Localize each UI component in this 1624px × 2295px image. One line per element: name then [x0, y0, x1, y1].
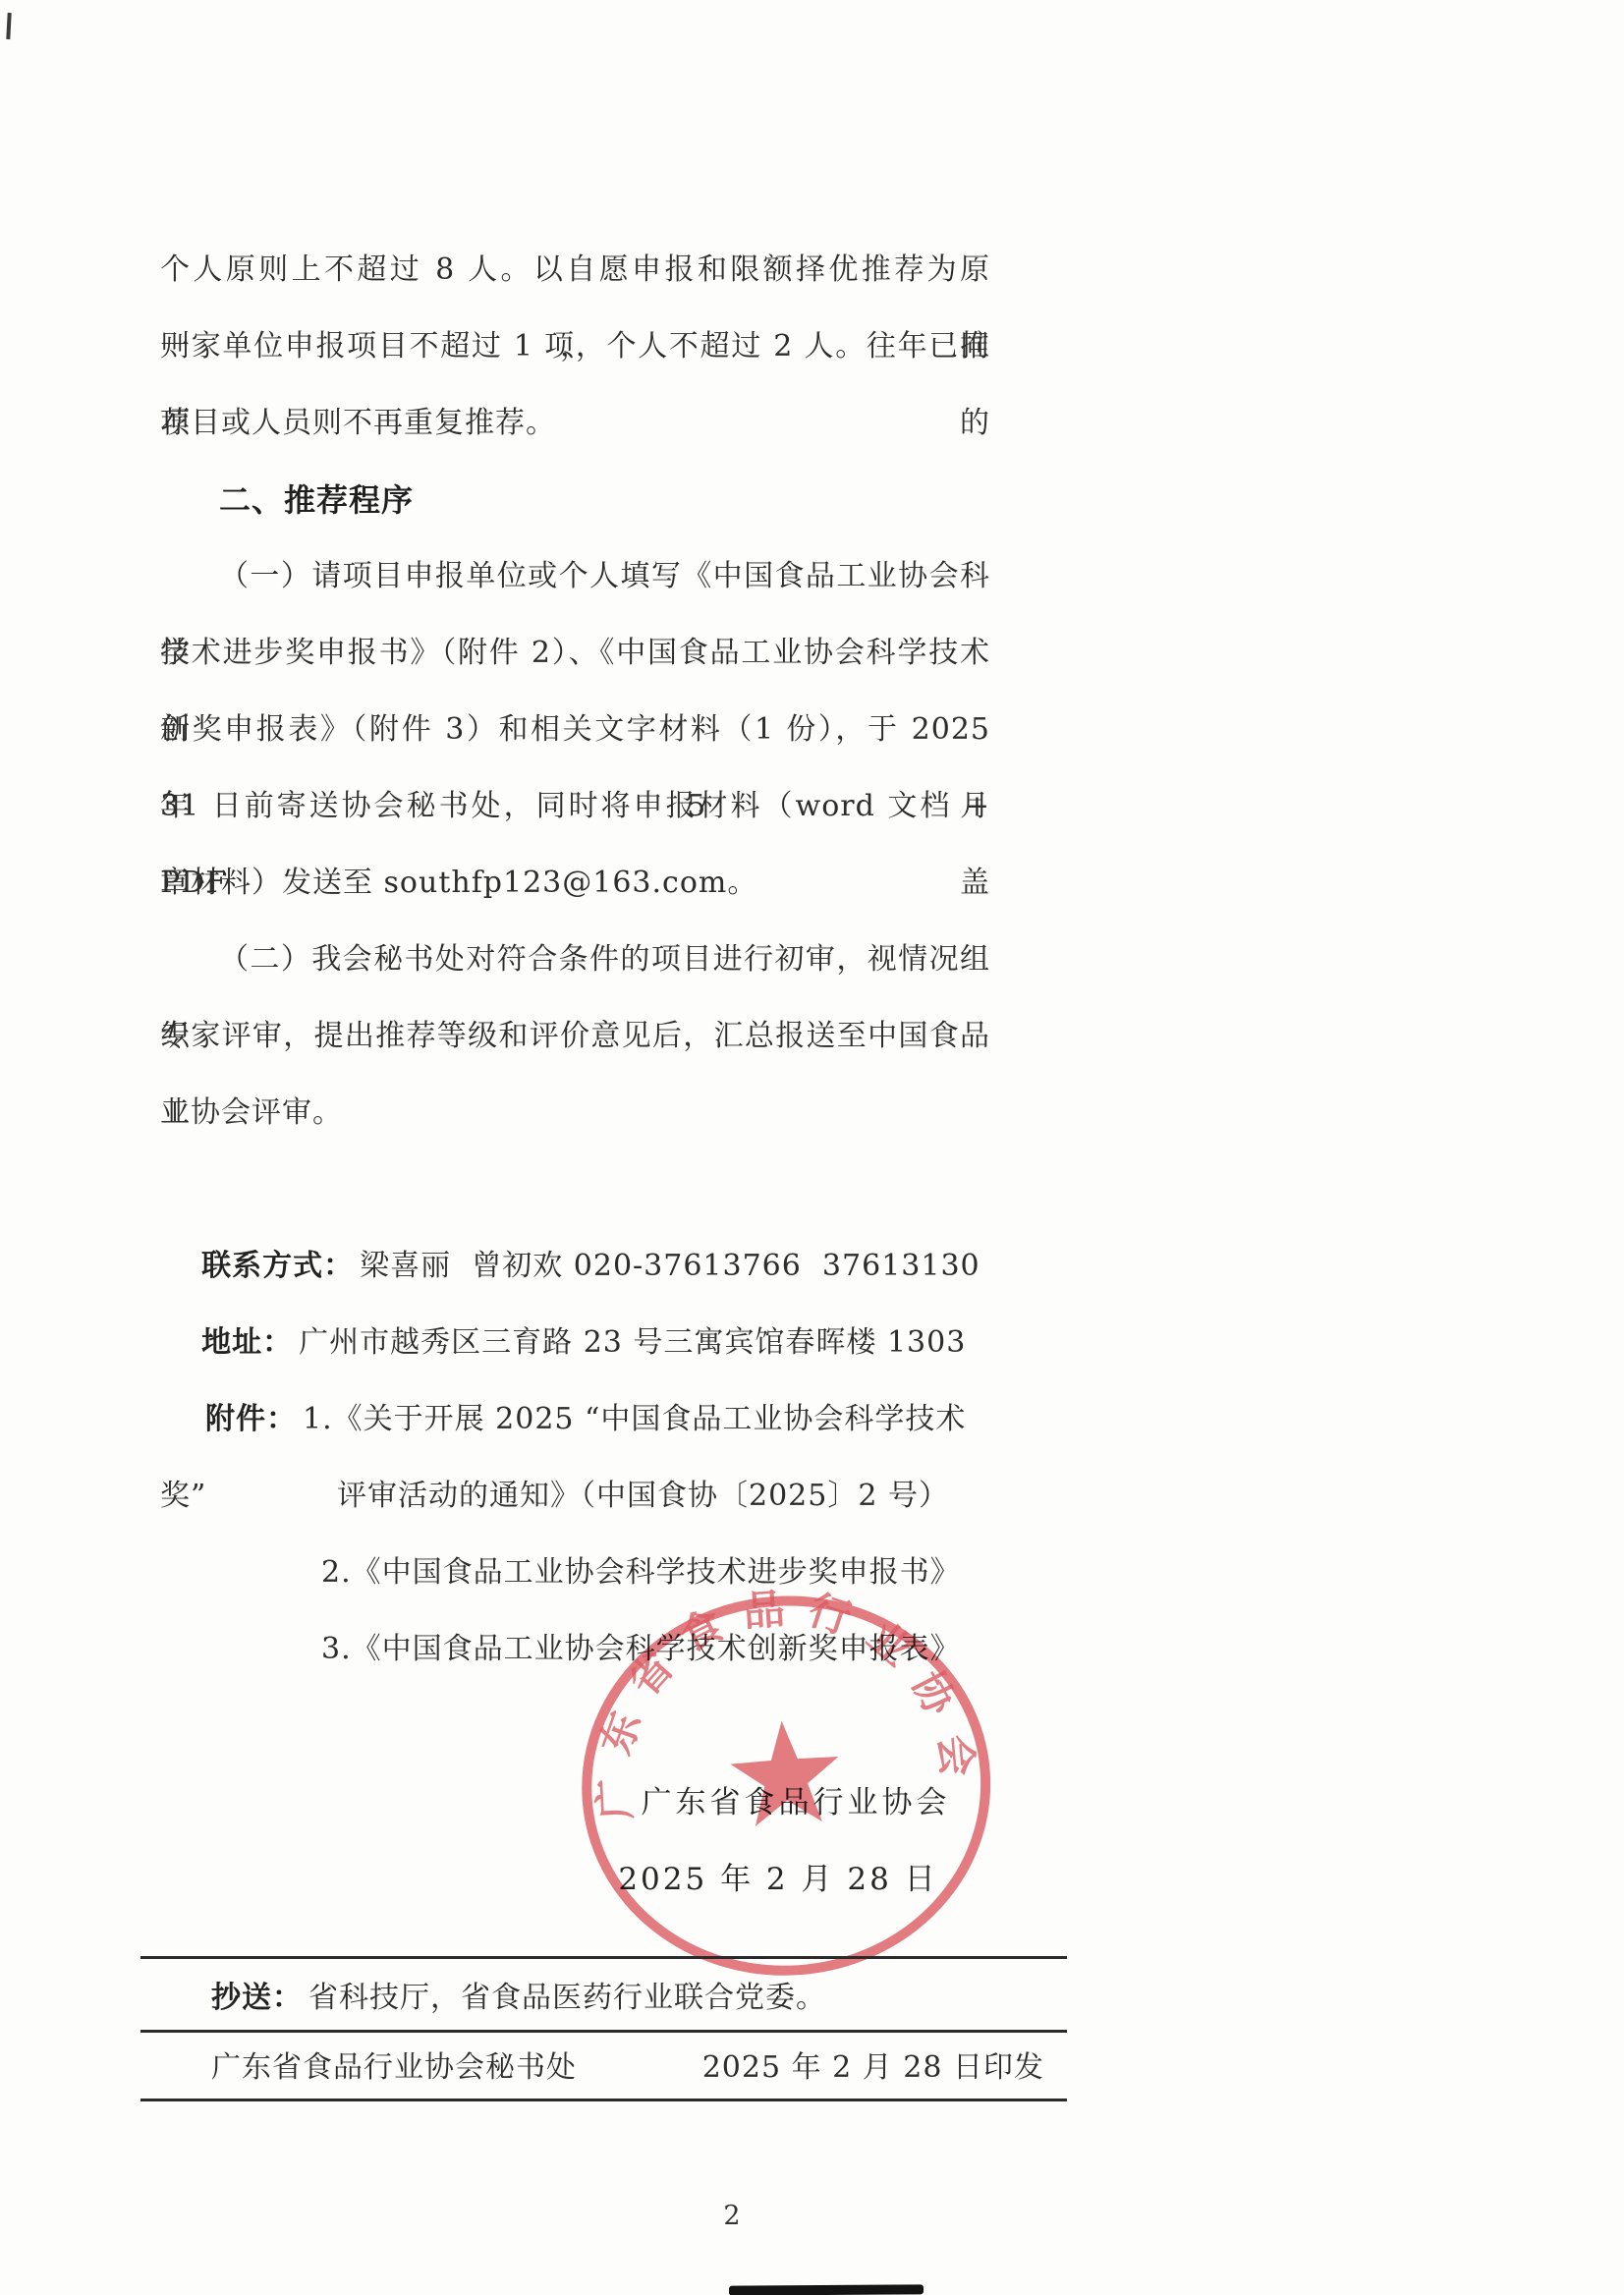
address-label: 地址：: [201, 1326, 293, 1359]
page-number: 2: [693, 2201, 771, 2231]
footer-issuer: 广东省食品行业协会秘书处: [211, 2043, 577, 2093]
signature-date: 2025 年 2 月 28 日: [385, 1841, 1171, 1918]
section-heading: 二、推荐程序: [160, 462, 990, 538]
footer-issuer-row: 广东省食品行业协会秘书处 2025 年 2 月 28 日印发: [211, 2043, 1044, 2093]
footer-cc-value: 省科技厅，省食品医药行业联合党委。: [308, 1981, 826, 2015]
body-line: 业协会评审。: [160, 1075, 990, 1151]
attachment-item: 2.《中国食品工业协会科学技术进步奖申报书》: [160, 1535, 990, 1611]
footer-cc-label: 抄送：: [211, 1982, 303, 2014]
footer-rule-bottom: [140, 2099, 1067, 2101]
signature-org: 广东省食品行业协会: [403, 1764, 1189, 1841]
body-line: 项目或人员则不再重复推荐。: [160, 385, 990, 462]
footer-rule-top: [140, 1956, 1067, 1959]
attachments-label: 附件：: [205, 1403, 297, 1435]
body-line-email: 章材料）发送至 southfp123@163.com。: [160, 845, 990, 922]
footer-print-date: 2025 年 2 月 28 日印发: [702, 2043, 1044, 2093]
scan-artifact-smudge: [729, 2284, 924, 2295]
attachment-item-continuation: 评审活动的通知》（中国食协〔2025〕2 号）: [160, 1458, 990, 1535]
document-page: 个人原则上不超过 8 人。以自愿申报和限额择优推荐为原则，同 一家单位申报项目不…: [0, 0, 1624, 2295]
footer-cc-row: 抄送：省科技厅，省食品医药行业联合党委。: [211, 1972, 1044, 2025]
scan-artifact-mark: [6, 13, 11, 39]
attachment-item: 3.《中国食品工业协会科学技术创新奖申报表》: [160, 1611, 990, 1688]
footer-rule-middle: [140, 2030, 1067, 2033]
address-value: 广州市越秀区三育路 23 号三寓宾馆春晖楼 1303: [299, 1325, 966, 1360]
